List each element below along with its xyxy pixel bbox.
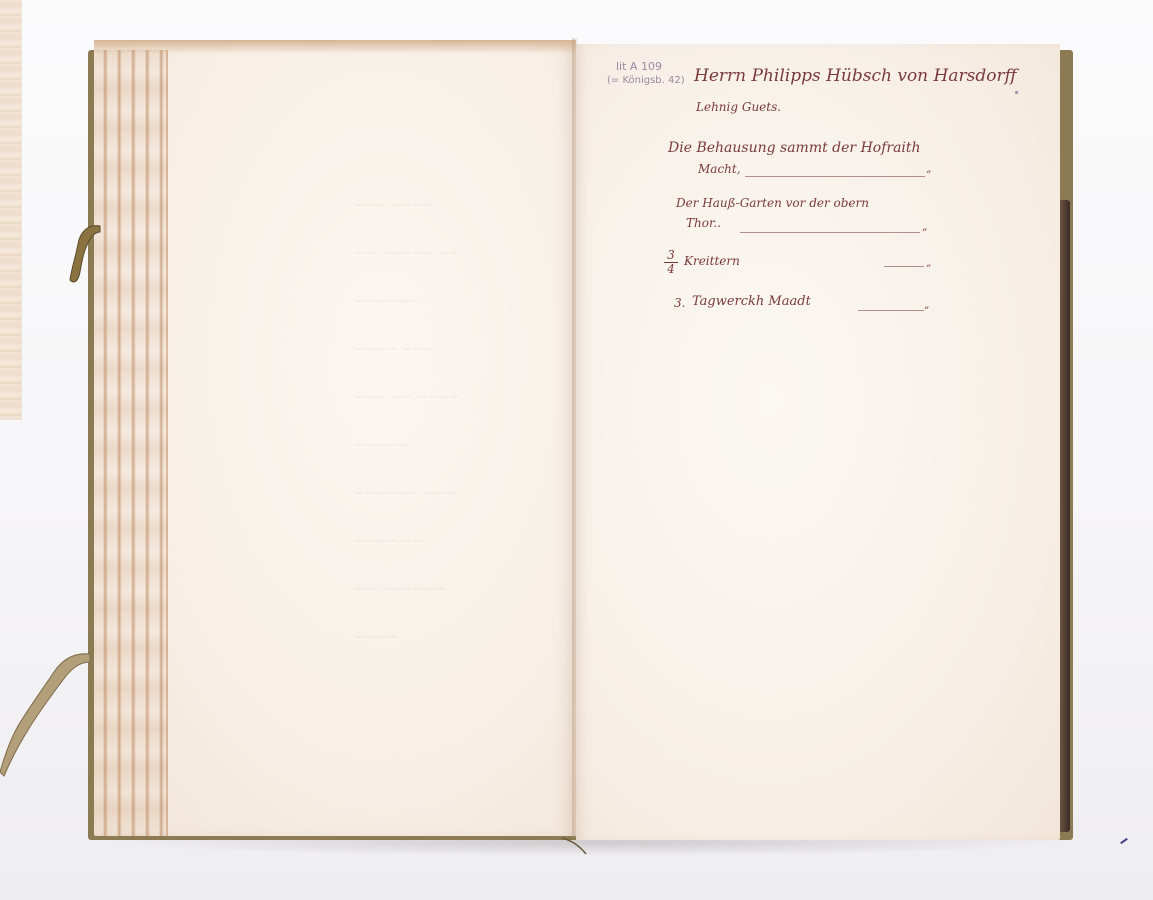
entry-4-prefix: 3. [674, 296, 685, 310]
entry-3-rule [884, 266, 924, 267]
wooden-table-edge [0, 0, 22, 420]
entry-4-rule [858, 310, 924, 311]
entry-1-line-1: Die Behausung sammt der Hofraith [668, 140, 921, 156]
heading-line-1: Herrn Philipps Hübsch von Harsdorff [694, 66, 1017, 86]
pen-mark [1120, 838, 1128, 844]
entry-2-line-1: Der Hauß-Garten vor der obern [676, 196, 869, 210]
archive-note-line-2: (= Königsb. 42) [607, 74, 685, 87]
photo-scene: ~~~~ ~~~ ~~ ~~~~~ ~~ ~~~~~~ ~~~ ~~~~ ~~~… [0, 0, 1153, 900]
page-stack-foxing [94, 50, 168, 836]
heading-line-2: Lehnig Guets. [696, 100, 781, 114]
entry-3-value: ” [926, 264, 931, 275]
left-page: ~~~~ ~~~ ~~ ~~~~~ ~~ ~~~~~~ ~~~ ~~~~ ~~~… [94, 40, 576, 836]
entry-2-rule [740, 232, 920, 233]
entry-2-line-2: Thor.. [686, 216, 721, 230]
entry-3-fraction: 3 4 [664, 250, 678, 275]
entry-2-value: ” [922, 228, 927, 239]
right-page [576, 44, 1060, 840]
entry-1-line-2: Macht, [698, 162, 741, 176]
entry-3-line-1: Kreittern [684, 254, 740, 268]
entry-4-line-1: Tagwerckh Maadt [692, 294, 811, 309]
entry-1-rule [745, 176, 925, 177]
ribbon-tie-bottom [0, 648, 92, 778]
entry-1-value: ” [926, 170, 931, 181]
binding-thread [560, 836, 590, 856]
ink-dot [1015, 91, 1018, 94]
entry-4-value: ” [924, 306, 929, 317]
ribbon-tie-top [66, 222, 102, 288]
archive-note-line-1: lit A 109 [616, 60, 662, 73]
